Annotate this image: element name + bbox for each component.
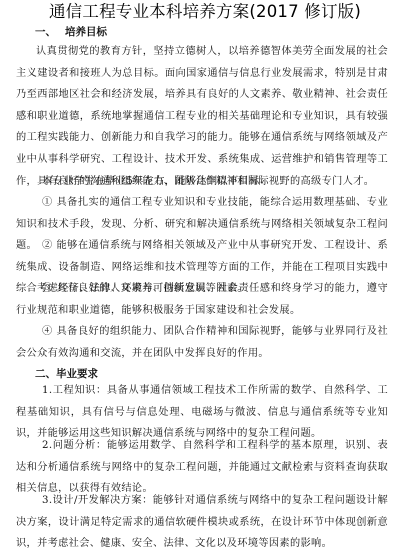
paragraph-five-year-goals-intro: 本专业学生在毕业5年左右，能够达到以下目标：	[16, 171, 388, 193]
section-heading-text: 培养目标	[65, 26, 107, 38]
paragraph-requirement-3: 3.设计/开发解决方案：能够针对通信系统与网络中的复杂工程问题设计解决方案，设计…	[16, 490, 388, 549]
document-page: 通信工程专业本科培养方案(2017 修订版) 一、培养目标 认真贯彻党的教育方针…	[0, 0, 410, 549]
section-heading-graduation-requirements: 二、毕业要求	[35, 367, 98, 381]
paragraph-goal-4: ④ 具备良好的组织能力、团队合作精神和国际视野，能够与业界同行及社会公众有效沟通…	[16, 321, 388, 364]
section-number: 一、	[35, 25, 65, 39]
section-heading-training-objectives: 一、培养目标	[35, 25, 107, 39]
paragraph-goal-3: ③ 具有良好的人文素养、创新意识、社会责任感和终身学习的能力，遵守行业规范和职业…	[16, 278, 388, 321]
document-title: 通信工程专业本科培养方案(2017 修订版)	[0, 1, 410, 23]
paragraph-objective-overview: 认真贯彻党的教育方针，坚持立德树人，以培养德智体美劳全面发展的社会主义建设者和接…	[16, 41, 388, 192]
